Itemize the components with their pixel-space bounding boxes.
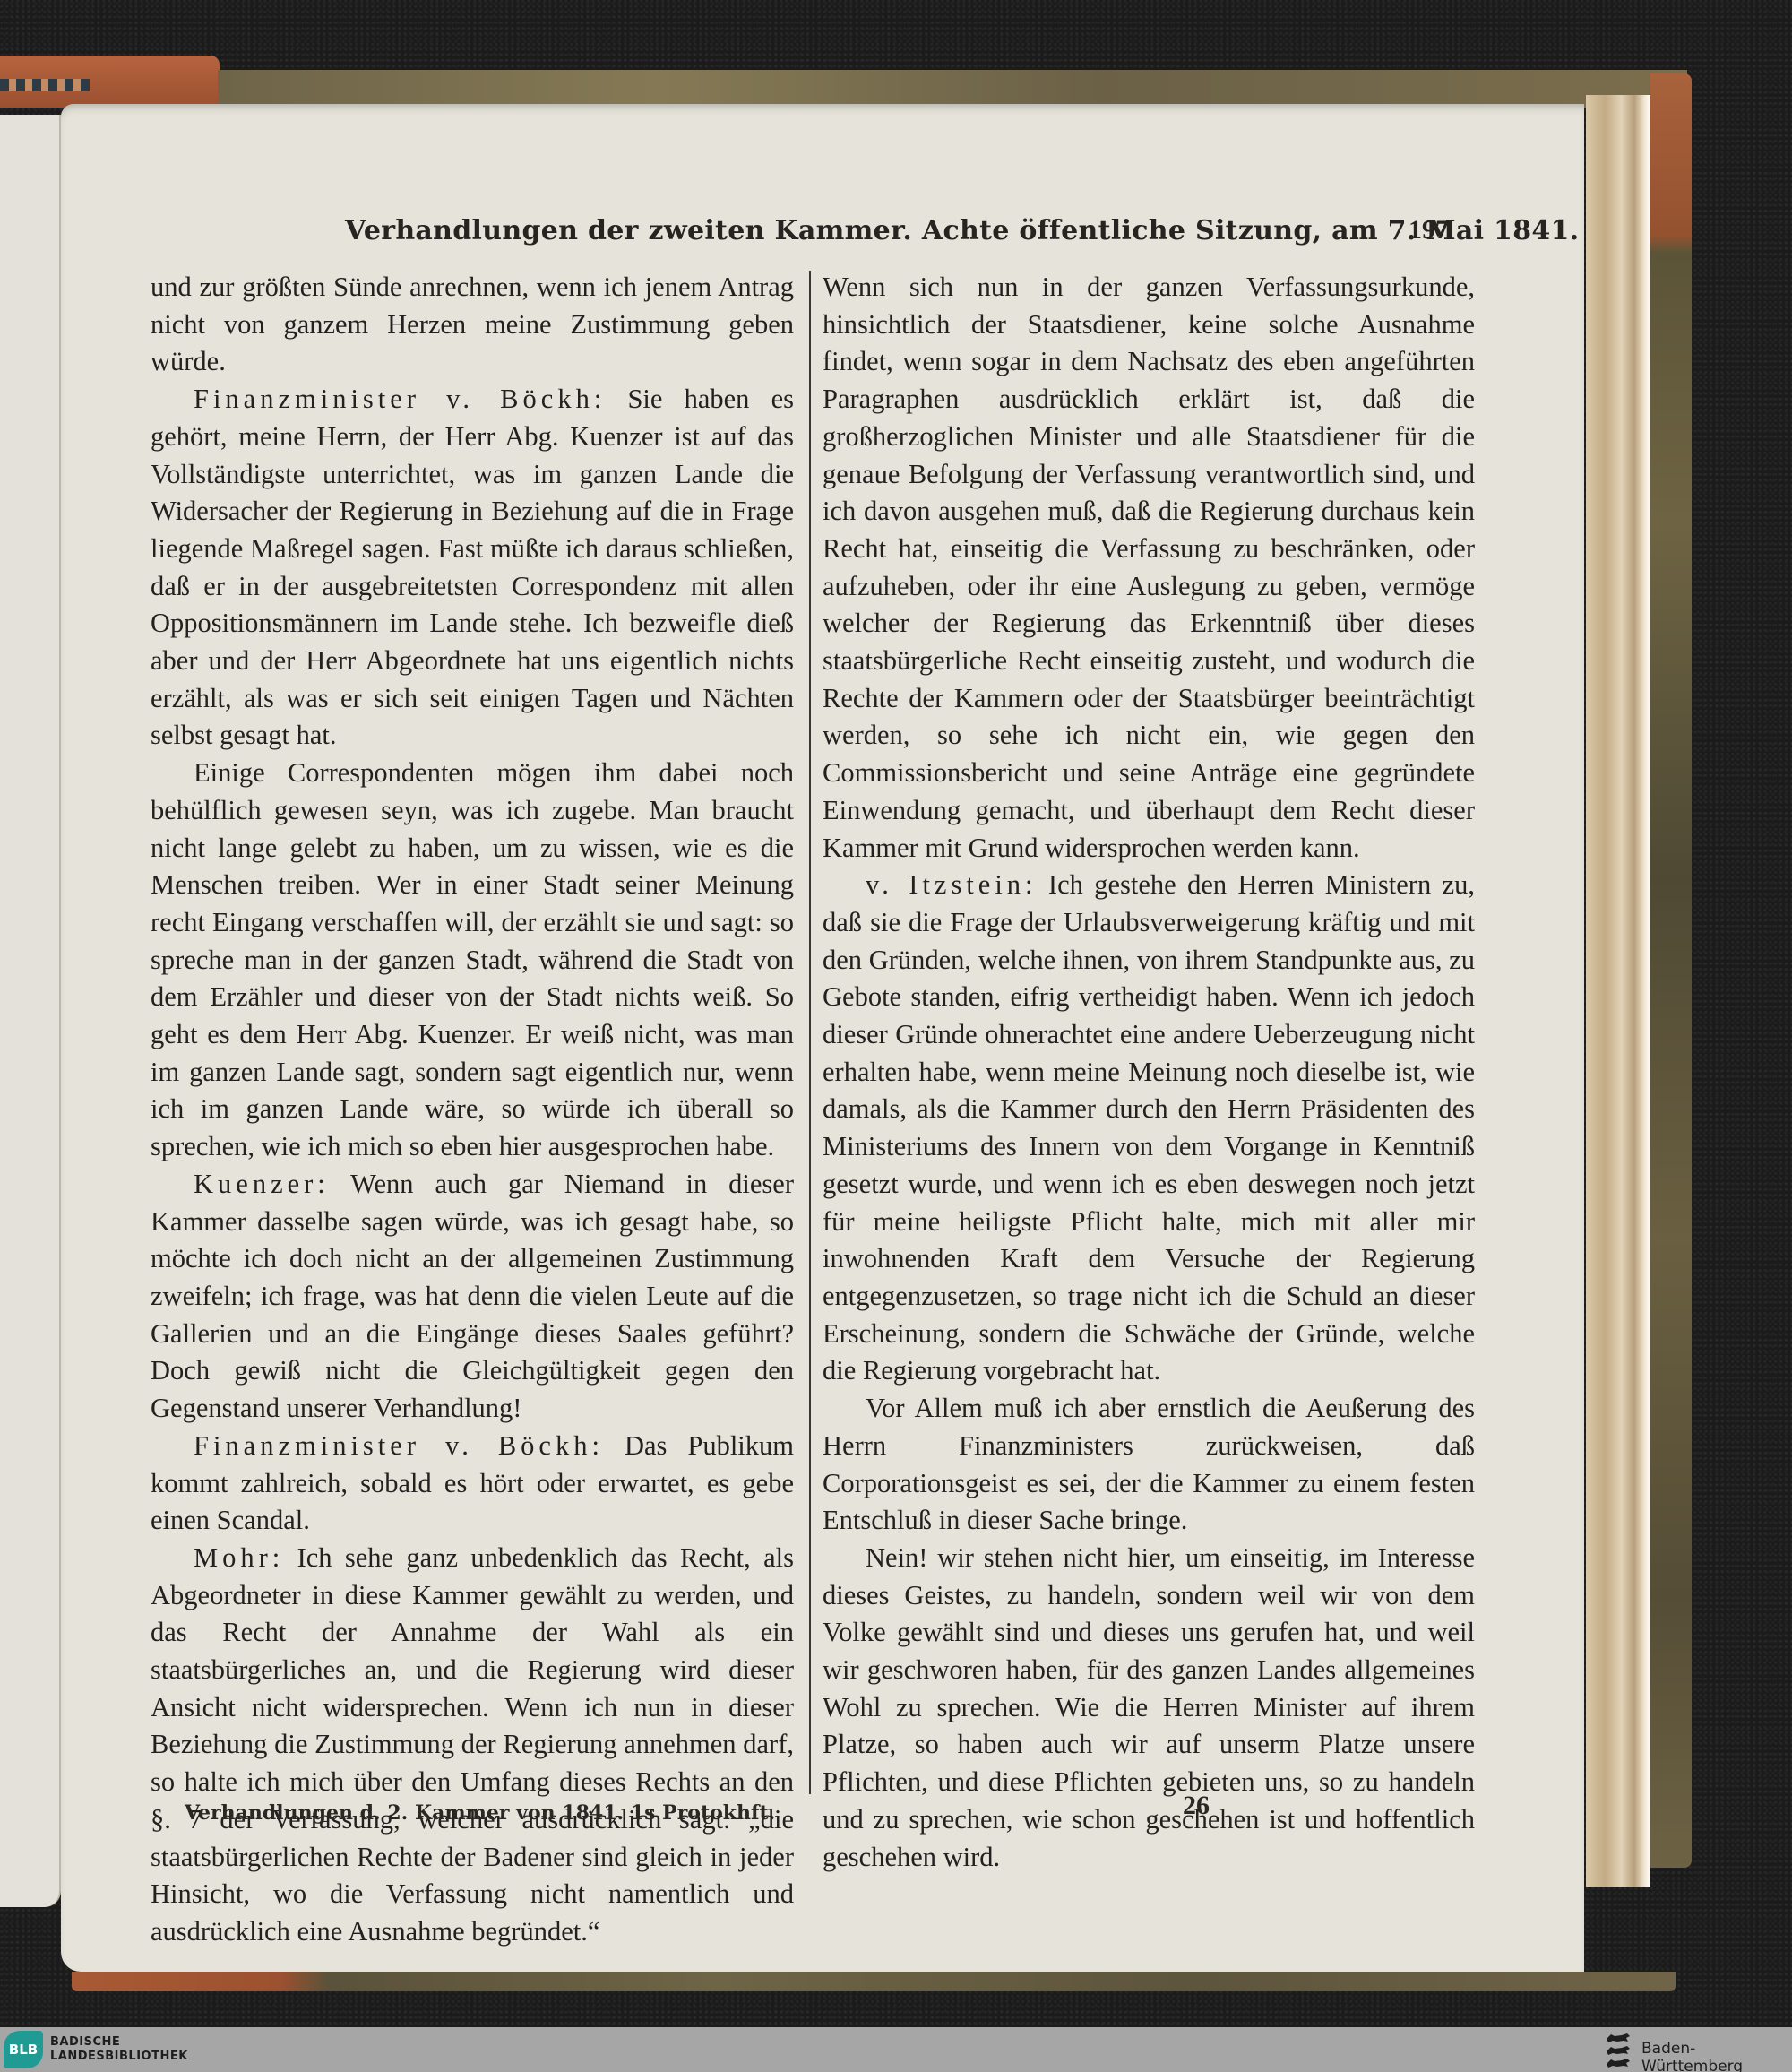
paragraph: Einige Correspondenten mögen ihm dabei n… <box>151 755 794 1166</box>
paragraph: Wenn sich nun in der ganzen Verfassungsu… <box>823 269 1475 867</box>
library-name-line2: LANDESBIBLIOTHEK <box>50 2050 188 2064</box>
book-cover-right-edge <box>1650 73 1692 1868</box>
left-page-edge <box>0 115 61 1907</box>
page-block-edges <box>1586 95 1650 1887</box>
baden-wuerttemberg-lions-icon[interactable] <box>1604 2031 1633 2068</box>
blb-logo-icon[interactable]: BLB <box>4 2031 43 2068</box>
speaker-name: Finanzminister v. Böckh: <box>194 384 606 414</box>
paragraph: Nein! wir stehen nicht hier, um einseiti… <box>823 1540 1475 1876</box>
speaker-name: Kuenzer: <box>194 1169 330 1199</box>
book-cover-marbled-top <box>218 70 1687 108</box>
paragraph: Mohr: Ich sehe ganz unbedenklich das Rec… <box>151 1540 794 1951</box>
speaker-name: v. Itzstein: <box>866 869 1038 900</box>
page-number: 197 <box>1409 215 1449 246</box>
library-name-line1: BADISCHE <box>50 2035 188 2050</box>
library-name[interactable]: BADISCHE LANDESBIBLIOTHEK <box>50 2035 188 2064</box>
paragraph: und zur größten Sünde anrechnen, wenn ic… <box>151 269 794 381</box>
right-text-column: Wenn sich nun in der ganzen Verfassungsu… <box>823 269 1475 1876</box>
paragraph: Finanzminister v. Böckh: Sie haben es ge… <box>151 381 794 755</box>
book-spine-stitching <box>0 79 90 91</box>
blb-logo-text: BLB <box>9 2042 38 2058</box>
signature-mark: 26 <box>1183 1791 1210 1821</box>
state-name[interactable]: Baden-Württemberg <box>1641 2040 1792 2072</box>
column-divider <box>809 271 811 1794</box>
footer-bar <box>0 2027 1792 2072</box>
speaker-name: Mohr: <box>194 1542 284 1573</box>
speaker-name: Finanzminister v. Böckh: <box>194 1430 604 1461</box>
left-text-column: und zur größten Sünde anrechnen, wenn ic… <box>151 269 794 1951</box>
paragraph: Kuenzer: Wenn auch gar Niemand in dieser… <box>151 1166 794 1428</box>
paragraph: v. Itzstein: Ich gestehe den Herren Mini… <box>823 867 1475 1390</box>
book-cover-bottom-edge <box>72 1972 1676 1991</box>
paragraph: Finanzminister v. Böckh: Das Publikum ko… <box>151 1428 794 1540</box>
footnote-signature-line: Verhandlungen d. 2. Kammer von 1841. 1s … <box>185 1801 775 1825</box>
paragraph: Vor Allem muß ich aber ernstlich die Aeu… <box>823 1390 1475 1540</box>
running-head: Verhandlungen der zweiten Kammer. Achte … <box>345 215 1241 246</box>
